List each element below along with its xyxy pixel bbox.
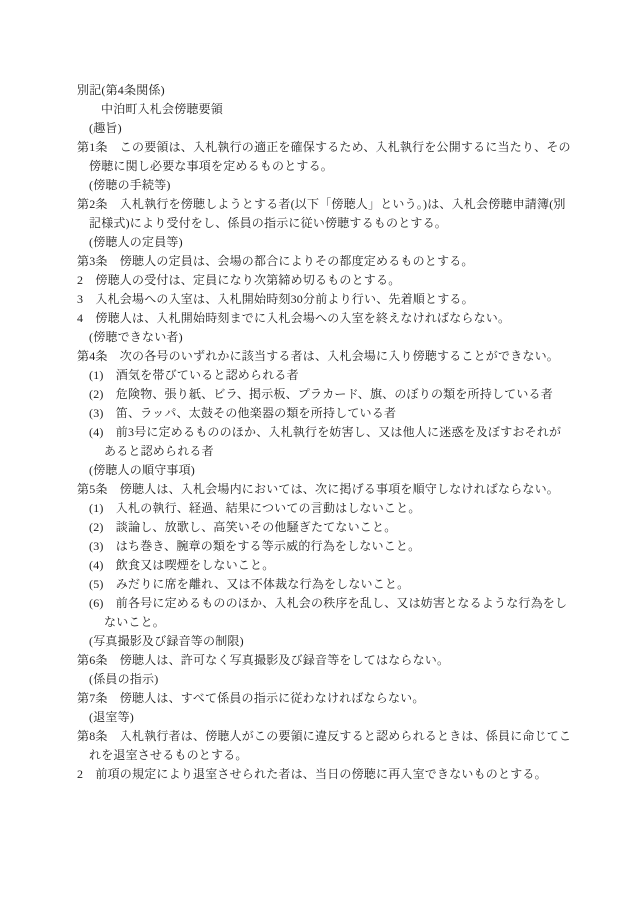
- section-heading: (傍聴の手続等): [77, 176, 572, 195]
- article-2-line-cont: 記様式)により受付をし、係員の指示に従い傍聴するものとする。: [77, 214, 572, 233]
- section-heading: (傍聴人の定員等): [77, 233, 572, 252]
- article-4-item-2: (2) 危険物、張り紙、ビラ、掲示板、プラカード、旗、のぼりの類を所持している者: [77, 385, 572, 404]
- article-4-item-1: (1) 酒気を帯びていると認められる者: [77, 366, 572, 385]
- article-5-item-2: (2) 談論し、放歌し、高笑いその他騒ぎたてないこと。: [77, 518, 572, 537]
- section-heading: (傍聴できない者): [77, 328, 572, 347]
- document-body: 別記(第4条関係) 中泊町入札会傍聴要領 (趣旨) 第1条 この要領は、入札執行…: [0, 0, 630, 784]
- section-heading: (写真撮影及び録音等の制限): [77, 632, 572, 651]
- article-3-paragraph-4: 4 傍聴人は、入札開始時刻までに入札会場への入室を終えなければならない。: [77, 309, 572, 328]
- section-heading: (趣旨): [77, 119, 572, 138]
- article-8-paragraph-2: 2 前項の規定により退室させられた者は、当日の傍聴に再入室できないものとする。: [77, 765, 572, 784]
- article-5-item-4: (4) 飲食又は喫煙をしないこと。: [77, 556, 572, 575]
- annex-reference: 別記(第4条関係): [77, 81, 572, 100]
- article-8-line-cont: れを退室させるものとする。: [77, 746, 572, 765]
- article-4-item-3: (3) 笛、ラッパ、太鼓その他楽器の類を所持している者: [77, 404, 572, 423]
- article-4-item-4-cont: あると認められる者: [77, 442, 572, 461]
- article-5-line: 第5条 傍聴人は、入札会場内においては、次に掲げる事項を順守しなければならない。: [77, 480, 572, 499]
- article-2-line: 第2条 入札執行を傍聴しようとする者(以下「傍聴人」という。)は、入札会傍聴申請…: [77, 195, 572, 214]
- article-4-line: 第4条 次の各号のいずれかに該当する者は、入札会場に入り傍聴することができない。: [77, 347, 572, 366]
- article-7-line: 第7条 傍聴人は、すべて係員の指示に従わなければならない。: [77, 689, 572, 708]
- article-5-item-1: (1) 入札の執行、経過、結果についての言動はしないこと。: [77, 499, 572, 518]
- article-3-paragraph-2: 2 傍聴人の受付は、定員になり次第締め切るものとする。: [77, 271, 572, 290]
- document-title: 中泊町入札会傍聴要領: [77, 100, 572, 119]
- article-5-item-6-cont: ないこと。: [77, 613, 572, 632]
- article-8-line: 第8条 入札執行者は、傍聴人がこの要領に違反すると認められるときは、係員に命じて…: [77, 727, 572, 746]
- article-1-line-cont: 傍聴に関し必要な事項を定めるものとする。: [77, 157, 572, 176]
- section-heading: (退室等): [77, 708, 572, 727]
- article-5-item-5: (5) みだりに席を離れ、又は不体裁な行為をしないこと。: [77, 575, 572, 594]
- section-heading: (係員の指示): [77, 670, 572, 689]
- section-heading: (傍聴人の順守事項): [77, 461, 572, 480]
- article-5-item-3: (3) はち巻き、腕章の類をする等示威的行為をしないこと。: [77, 537, 572, 556]
- article-3-paragraph-3: 3 入札会場への入室は、入札開始時刻30分前より行い、先着順とする。: [77, 290, 572, 309]
- article-6-line: 第6条 傍聴人は、許可なく写真撮影及び録音等をしてはならない。: [77, 651, 572, 670]
- article-4-item-4: (4) 前3号に定めるもののほか、入札執行を妨害し、又は他人に迷惑を及ぼすおそれ…: [77, 423, 572, 442]
- document-page: 別記(第4条関係) 中泊町入札会傍聴要領 (趣旨) 第1条 この要領は、入札執行…: [0, 0, 630, 916]
- article-3-line: 第3条 傍聴人の定員は、会場の都合によりその都度定めるものとする。: [77, 252, 572, 271]
- article-5-item-6: (6) 前各号に定めるもののほか、入札会の秩序を乱し、又は妨害となるような行為を…: [77, 594, 572, 613]
- article-1-line: 第1条 この要領は、入札執行の適正を確保するため、入札執行を公開するに当たり、そ…: [77, 138, 572, 157]
